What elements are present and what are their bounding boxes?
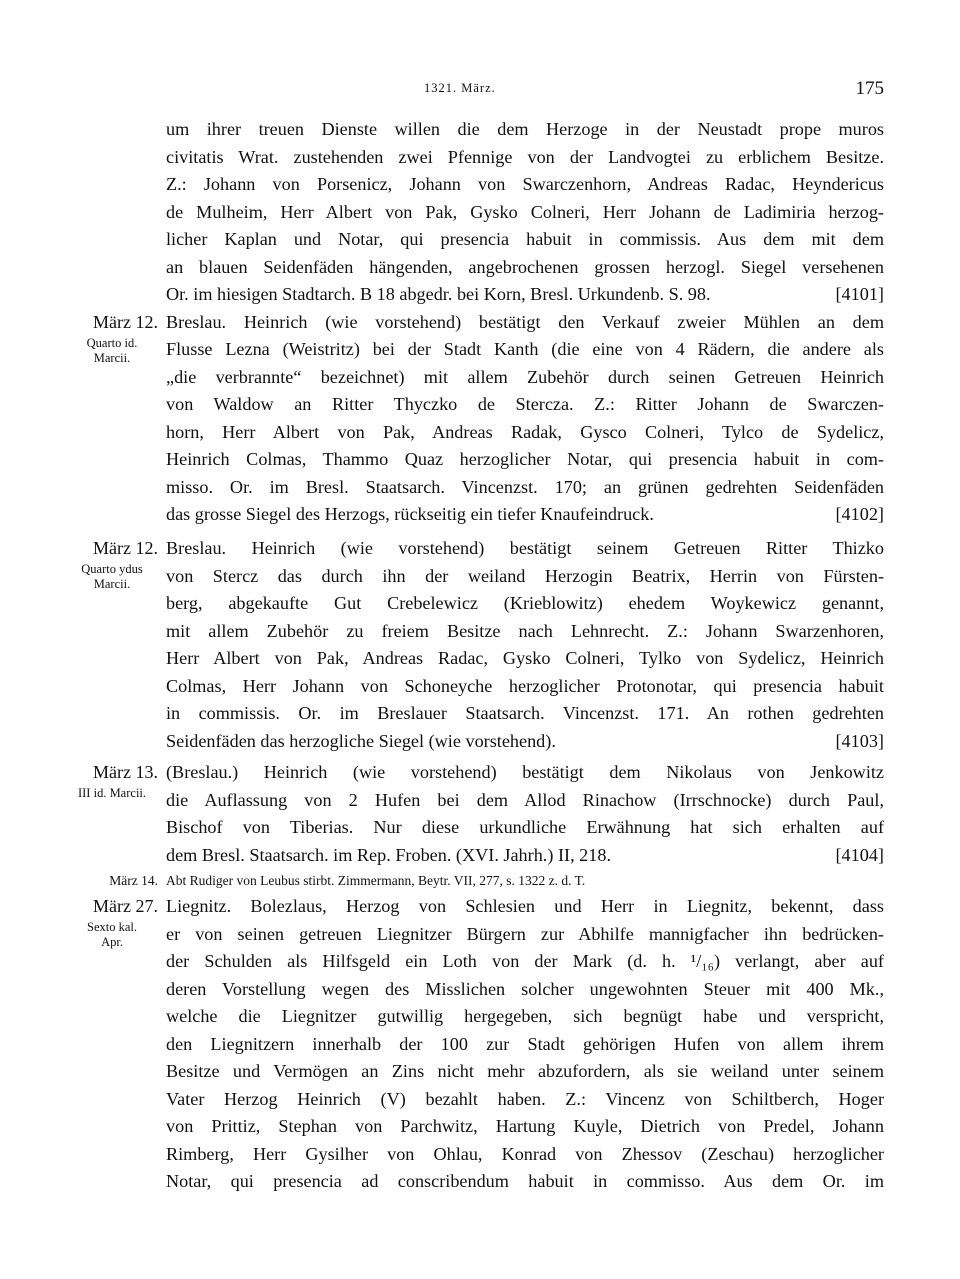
text-line: licher Kaplan und Notar, qui presencia h… [166,226,884,254]
text-line-content: dem Bresl. Staatsarch. im Rep. Froben. (… [166,845,611,865]
text-line: Flusse Lezna (Weistritz) bei der Stadt K… [166,336,884,364]
text-line: die Auflassung von 2 Hufen bei dem Allod… [166,787,884,815]
text-line: welche die Liegnitzer gutwillig hergegeb… [166,1003,884,1031]
entry-number: [4101] [836,281,885,309]
text-line: Rimberg, Herr Gysilher von Ohlau, Konrad… [166,1141,884,1169]
text-line: dem Bresl. Staatsarch. im Rep. Froben. (… [166,842,884,870]
entry-number: [4103] [836,728,885,756]
text-line: Colmas, Herr Johann von Schoneyche herzo… [166,673,884,701]
text-line: Breslau. Heinrich (wie vorstehend) bestä… [166,309,884,337]
text-line: de Mulheim, Herr Albert von Pak, Gysko C… [166,199,884,227]
margin-latin-date: Quarto ydus [62,562,162,577]
margin-note: März 12. Quarto id. Marcii. [62,309,162,366]
text-line: Liegnitz. Bolezlaus, Herzog von Schlesie… [166,893,884,921]
text-line: um ihrer treuen Dienste willen die dem H… [166,116,884,144]
margin-note: März 13. III id. Marcii. [62,759,162,801]
text-line: von Waldow an Ritter Thyczko de Stercza.… [166,391,884,419]
margin-date: März 27. [62,893,162,920]
text-line: von Stercz das durch ihn der weiland Her… [166,563,884,591]
text-line: Herr Albert von Pak, Andreas Radac, Gysk… [166,645,884,673]
text-line: Or. im hiesigen Stadtarch. B 18 abgedr. … [166,281,884,309]
text-line: das grosse Siegel des Herzogs, rückseiti… [166,501,884,529]
text-line-content: das grosse Siegel des Herzogs, rückseiti… [166,504,654,524]
margin-date: März 12. [62,309,162,336]
text-line: mit allem Zubehör zu freiem Besitze nach… [166,618,884,646]
margin-latin-date: Apr. [62,935,162,950]
small-note-line: Abt Rudiger von Leubus stirbt. Zimmerman… [166,871,884,891]
running-head: 1321. März. [424,81,496,96]
text-line: (Breslau.) Heinrich (wie vorstehend) bes… [166,759,884,787]
margin-latin-date: Sexto kal. [62,920,162,935]
text-line: von Prittiz, Stephan von Parchwitz, Hart… [166,1113,884,1141]
text-line: Notar, qui presencia ad conscribendum ha… [166,1168,884,1196]
margin-latin-date: Marcii. [62,351,162,366]
margin-note: März 27. Sexto kal. Apr. [62,893,162,950]
page-header: 1321. März. 175 [166,78,884,100]
text-line: den Liegnitzern innerhalb der 100 zur St… [166,1031,884,1059]
text-line: Heinrich Colmas, Thammo Quaz herzogliche… [166,446,884,474]
text-line: Vater Herzog Heinrich (V) bezahlt haben.… [166,1086,884,1114]
text-line: Bischof von Tiberias. Nur diese urkundli… [166,814,884,842]
text-line-content: Seidenfäden das herzogliche Siegel (wie … [166,731,556,751]
text-line: der Schulden als Hilfsgeld ein Loth von … [166,948,884,976]
text-line: „die verbrannte“ bezeichnet) mit allem Z… [166,364,884,392]
text-line-content: Or. im hiesigen Stadtarch. B 18 abgedr. … [166,284,711,304]
text-line: er von seinen getreuen Liegnitzer Bürger… [166,921,884,949]
entry-number: [4102] [836,501,885,529]
text-line: deren Vorstellung wegen des Misslichen s… [166,976,884,1004]
margin-date: März 13. [62,759,162,786]
text-line: misso. Or. im Bresl. Staatsarch. Vincenz… [166,474,884,502]
margin-date: März 12. [62,535,162,562]
margin-latin-date: Marcii. [62,577,162,592]
text-line: berg, abgekaufte Gut Crebelewicz (Kriebl… [166,590,884,618]
text-line: Besitze und Vermögen an Zins nicht mehr … [166,1058,884,1086]
text-line: horn, Herr Albert von Pak, Andreas Radak… [166,419,884,447]
margin-latin-date: Quarto id. [62,336,162,351]
text-line: civitatis Wrat. zustehenden zwei Pfennig… [166,144,884,172]
text-line: an blauen Seidenfäden hängenden, angebro… [166,254,884,282]
margin-date: März 14. [62,871,162,891]
text-line: in commissis. Or. im Breslauer Staatsarc… [166,700,884,728]
text-line: Breslau. Heinrich (wie vorstehend) bestä… [166,535,884,563]
entry-number: [4104] [836,842,885,870]
text-line: Seidenfäden das herzogliche Siegel (wie … [166,728,884,756]
margin-latin-date: III id. Marcii. [62,786,162,801]
text-line: Z.: Johann von Porsenicz, Johann von Swa… [166,171,884,199]
margin-note: März 12. Quarto ydus Marcii. [62,535,162,592]
page-number: 175 [856,78,885,100]
